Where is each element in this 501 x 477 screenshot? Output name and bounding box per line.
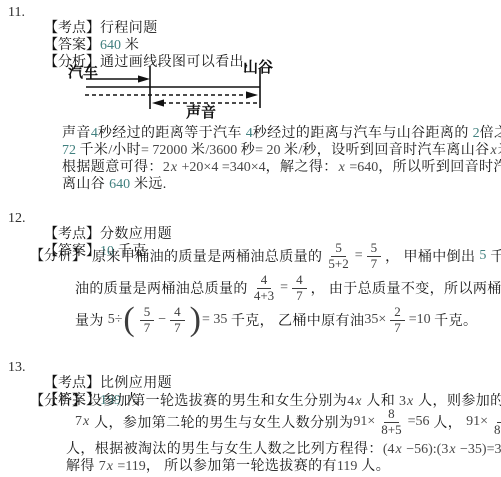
text-run: ， 由于总质量不变，所以两桶油的总质 [311, 278, 501, 298]
analysis-math-line: 原来甲桶油的质量是两桶油总质量的55+2=57， 甲桶中倒出 5 千克后剩下的 [92, 240, 501, 272]
text-run: 倍之和. [480, 126, 501, 141]
analysis-paragraph-line: 72 千米/小时= 72000 米/3600 秒= 20 米/秒，设听到回音时汽… [62, 143, 501, 159]
number-run: +20×4 =340×4 [178, 160, 266, 175]
text-run: 根据题意可得： [62, 160, 163, 175]
number-run: 2 [473, 126, 480, 141]
answer-key-page: 11. 【考点】行程问题 【答案】640 米 【分析】通过画线段图可以看出， 汽… [0, 0, 501, 477]
analysis-text-line: 解得 7x =119， 所以参加第一轮选拔赛的有119 人。 [66, 459, 390, 475]
text-run: 原来甲桶油的质量是两桶油总质量的 [92, 246, 322, 266]
number-run: −56):(3 [403, 442, 449, 457]
number-run: 91× [466, 414, 488, 430]
text-run: 解得 [66, 459, 99, 474]
analysis-paragraph-line: 离山谷 640 米远. [62, 177, 167, 193]
number-run: 72 [62, 143, 80, 158]
fraction: 57 [140, 305, 155, 335]
sound-label: 声音 [186, 103, 216, 121]
problem-12-number: 12. [8, 211, 26, 227]
text-run: 千米 [80, 143, 109, 158]
variable-run: x [338, 160, 346, 175]
number-run: = 35 [202, 312, 231, 328]
text-run: 千克， 乙桶中原有油 [231, 310, 365, 330]
text-run: 油的质量是两桶油总质量的 [75, 278, 248, 298]
car-arrowhead-icon [138, 75, 150, 82]
text-run: 米 [284, 143, 298, 158]
number-run: −35)=3:4 [457, 442, 501, 457]
text-run: 人，根据被淘汰的男生与女生人数之比列方程得： [66, 442, 383, 457]
analysis-math-line: 油的质量是两桶油总质量的44+3=47， 由于总质量不变，所以两桶油的总质 [75, 272, 501, 304]
text-run: 声音 [62, 126, 91, 141]
variable-run: x [106, 459, 114, 474]
text-run: 量为 [75, 310, 108, 330]
text-run: 离山谷 [62, 177, 109, 192]
text-run: 小时 [112, 143, 141, 158]
fraction: 47 [170, 305, 185, 335]
number-run: 35× [364, 312, 386, 328]
number-run: 119 [337, 459, 357, 474]
analysis-paragraph-line: 根据题意可得：2x +20×4 =340×4，解之得：x =640，所以听到回音… [62, 160, 501, 176]
number-run: 5 [479, 248, 486, 264]
number-run: =56 [408, 414, 430, 430]
problem-13-number: 13. [8, 360, 26, 376]
number-run: 4 [91, 126, 98, 141]
text-run: 千克后剩下的 [486, 246, 501, 266]
number-run: = [355, 248, 363, 264]
analysis-math-line: 7x 人，参加第二轮的男生与女生人数分别为91×88+5=56 人， 91×58… [75, 406, 501, 438]
variable-run: x [490, 143, 498, 158]
number-run: 7 [75, 414, 82, 430]
text-run: 千克。 [434, 310, 477, 330]
text-run: ， 所以参加第一轮选拔赛的有 [146, 459, 337, 474]
text-run: 人。 [357, 459, 390, 474]
text-run: 人，参加第二轮的男生与女生人数分别为 [90, 412, 353, 432]
text-run: ，所以听到回音时汽车 [378, 160, 501, 175]
open-paren: ( [123, 305, 134, 336]
number-run: 5÷ [108, 312, 123, 328]
text-run: 人， [429, 412, 466, 432]
sound-out-arrowhead-icon [246, 91, 258, 98]
number-run: = [280, 280, 288, 296]
variable-run: x [82, 414, 90, 430]
text-run: 秒经过的距离等于汽车 [98, 126, 246, 141]
number-run: =119 [114, 459, 146, 474]
text-run: 米远. [130, 177, 167, 192]
variable-run: x [394, 442, 402, 457]
number-run: 2 [163, 160, 170, 175]
valley-label: 山谷 [243, 58, 273, 76]
close-paren: ) [190, 305, 201, 336]
text-run: 秒，设听到回音时汽车离山谷 [302, 143, 489, 158]
fraction: 47 [292, 273, 307, 303]
number-run: 91× [353, 414, 375, 430]
number-run: /3600 [205, 143, 240, 158]
number-run: (4 [383, 442, 395, 457]
fraction: 57 [367, 241, 382, 271]
analysis-paragraph-line: 声音4秒经过的距离等于汽车 4秒经过的距离与汽车与山谷距离的 2倍之和. [62, 126, 501, 142]
text-run: 秒经过的距离与汽车与山谷距离的 [253, 126, 473, 141]
text-run: ，解之得： [266, 160, 338, 175]
number-run: 4 [246, 126, 253, 141]
fraction: 58+5 [492, 407, 501, 437]
fraction: 44+3 [252, 273, 276, 303]
fraction: 55+2 [326, 241, 350, 271]
number-run: 640 [109, 177, 130, 192]
number-run: − [158, 312, 166, 328]
number-run: = 20 [255, 143, 284, 158]
analysis-math-line: 量为 5÷(57−47)= 35 千克， 乙桶中原有油35×27=10 千克。 [75, 304, 477, 336]
text-run: 米 [191, 143, 205, 158]
variable-run: x [170, 160, 178, 175]
problem-11-number: 11. [8, 5, 25, 21]
variable-run: x [448, 442, 456, 457]
analysis-label: 【分析】 [30, 249, 86, 265]
number-run: =640 [346, 160, 378, 175]
number-run: 7 [99, 459, 106, 474]
number-run: = 72000 [141, 143, 191, 158]
sound-back-arrowhead-icon [152, 99, 164, 106]
fraction: 88+5 [379, 407, 403, 437]
text-run: ， 甲桶中倒出 [385, 246, 479, 266]
fraction: 27 [390, 305, 405, 335]
analysis-text-line: 人，根据被淘汰的男生与女生人数之比列方程得：(4x −56):(3x −35)=… [66, 442, 501, 458]
number-run: =10 [409, 312, 434, 328]
text-run: 秒 [241, 143, 255, 158]
line-segment-diagram: 汽车 山谷 声音 [60, 56, 305, 122]
